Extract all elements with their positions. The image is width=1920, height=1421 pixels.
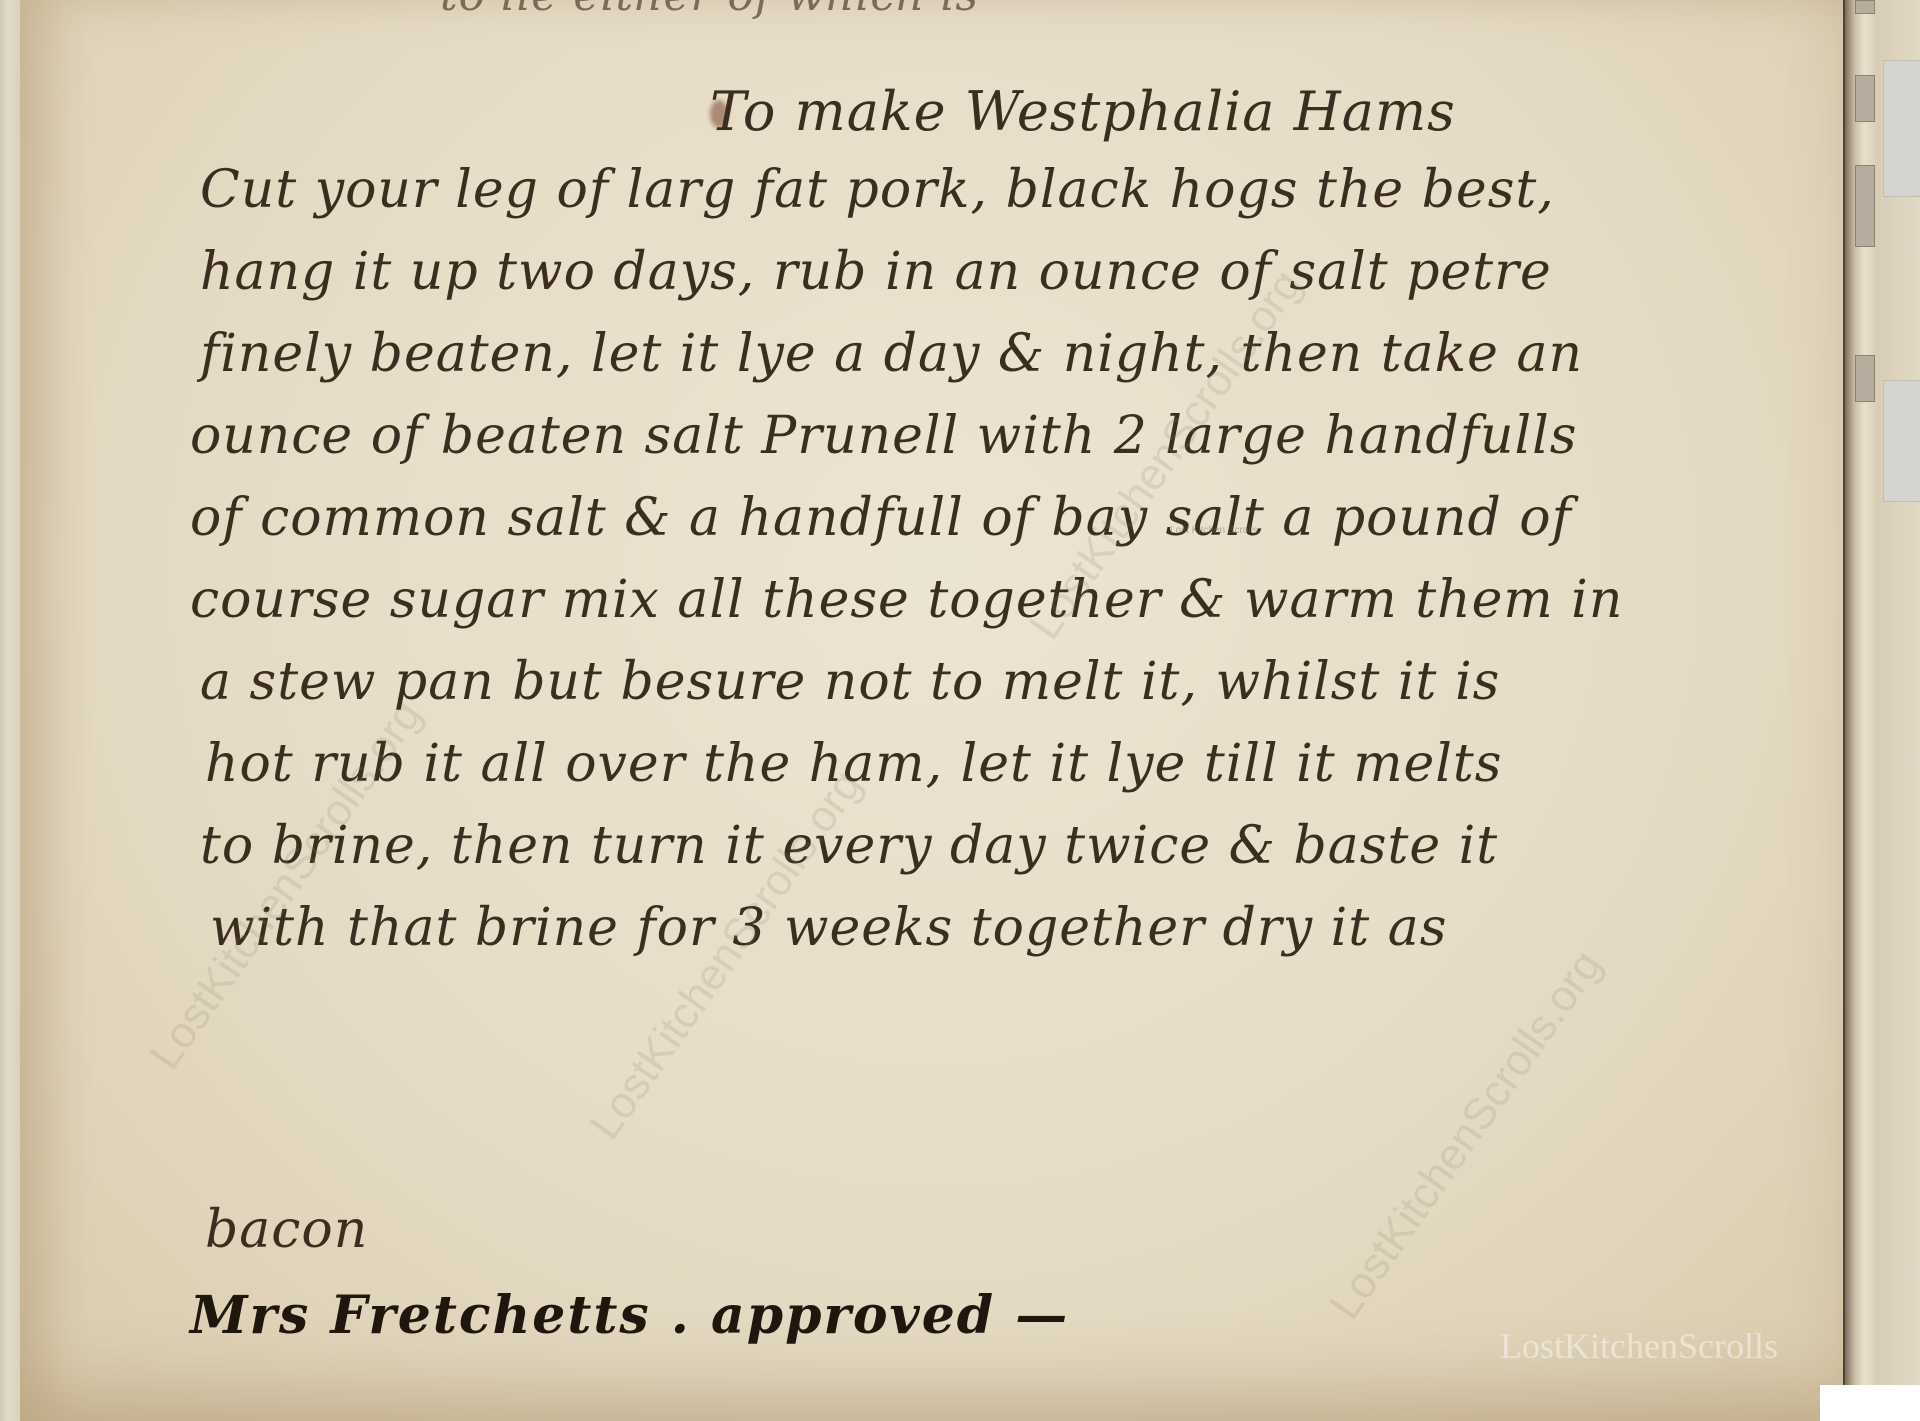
recipe-line: to brine, then turn it every day twice &… [200,816,1498,876]
adjacent-page-edge [1875,0,1920,1385]
signature: Mrs Fretchetts . approved — [190,1285,1069,1346]
watermark-text: LostKitchenScrolls.org [1320,941,1612,1328]
binding-tab [1855,355,1875,402]
recipe-line: hang it up two days, rub in an ounce of … [200,242,1552,302]
book-spine [1843,0,1877,1385]
recipe-line: of common salt & a handfull of bay salt … [190,488,1572,548]
recipe-line: with that brine for 3 weeks together dry… [210,898,1447,958]
recipe-title: To make Westphalia Hams [710,80,1456,143]
scan-background [1820,1385,1920,1421]
recipe-line: Cut your leg of larg fat pork, black hog… [200,160,1555,220]
paper-strip [1883,380,1920,502]
corner-watermark: LostKitchenScrolls [1500,1325,1778,1367]
paper-strip [1883,60,1920,197]
watermark-logo: Lost Kitchen Scrolls [1170,525,1258,536]
recipe-line: ounce of beaten salt Prunell with 2 larg… [190,406,1577,466]
recipe-line: course sugar mix all these together & wa… [190,570,1623,630]
binding-tab [1855,0,1875,14]
manuscript-page: to lie either of which is To make Westph… [20,0,1850,1421]
recipe-line: finely beaten, let it lye a day & night,… [200,324,1583,384]
binding-tab [1855,165,1875,247]
binding-tab [1855,75,1875,122]
cut-off-top-line: to lie either of which is [440,0,979,21]
recipe-line: bacon [205,1200,368,1260]
